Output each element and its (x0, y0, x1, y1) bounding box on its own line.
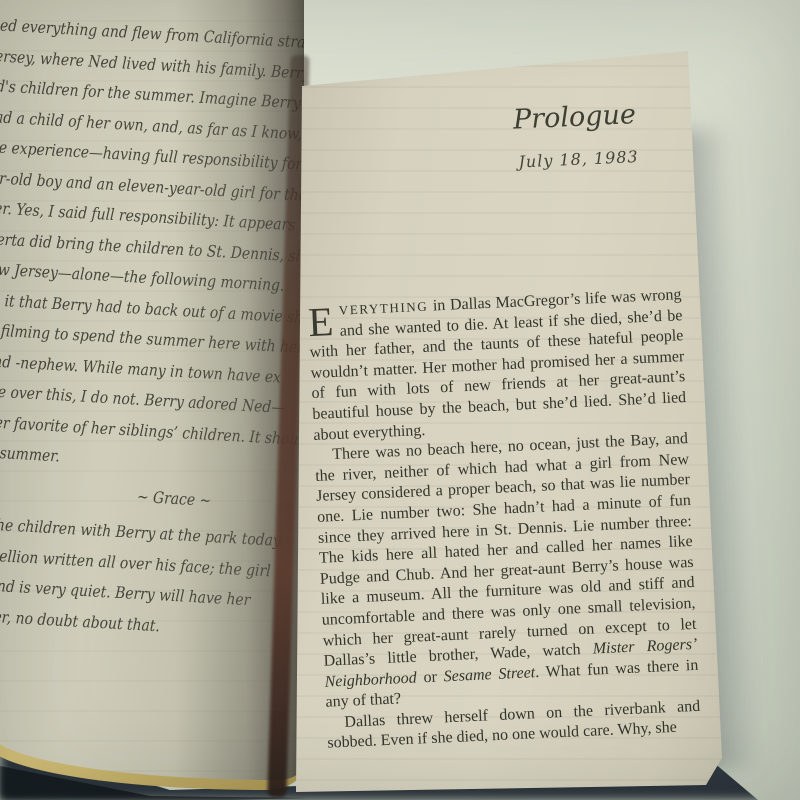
paragraph-1: EVERYTHING in Dallas MacGregor’s life wa… (307, 285, 687, 446)
right-page: Prologue July 18, 1983 EVERYTHING in Dal… (290, 44, 730, 794)
body-text: EVERYTHING in Dallas MacGregor’s life wa… (307, 285, 701, 755)
drop-cap: E (307, 301, 340, 340)
right-page-content: Prologue July 18, 1983 EVERYTHING in Dal… (272, 34, 746, 800)
chapter-date: July 18, 1983 (518, 147, 639, 171)
left-page: ped everything and flew from California … (0, 0, 304, 780)
paragraph-2: There was no beach here, no ocean, just … (314, 429, 700, 713)
paragraph-2-text-2: or (416, 668, 444, 686)
open-book-photo: ped everything and flew from California … (0, 0, 800, 800)
tv-show-title-2: Sesame Street (443, 664, 535, 685)
chapter-heading: Prologue (512, 99, 636, 136)
lead-smallcaps: VERYTHING (338, 299, 428, 318)
paragraph-2-text-1: There was no beach here, no ocean, just … (315, 430, 697, 670)
